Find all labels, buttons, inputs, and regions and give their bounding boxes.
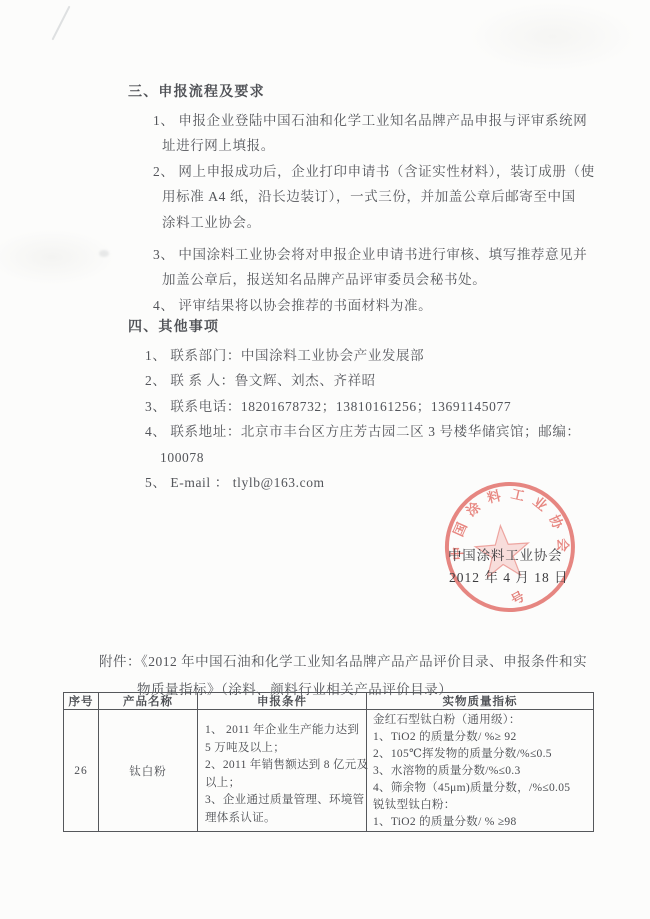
condition-line: 5 万吨及以上； [205, 740, 364, 758]
section-3-line: 4、 评审结果将以协会推荐的书面材料为准。 [153, 293, 595, 318]
section-3-line: 3、 中国涂料工业协会将对申报企业申请书进行审核、填写推荐意见并 [153, 242, 595, 267]
stamp-date: 2012 年 4 月 18 日 [449, 566, 569, 586]
cell-indicators: 金红石型钛白粉（通用级）： 1、TiO2 的质量分数/ %≥ 92 2、105℃… [367, 710, 594, 832]
section-3-line: 用标准 A4 纸，沿长边装订），一式三份，并加盖公章后邮寄至中国 [153, 184, 595, 209]
condition-line: 3、企业通过质量管理、环境管 [205, 792, 364, 810]
attachment-line: 附件：《2012 年中国石油和化学工业知名品牌产品产品评价目录、申报条件和实 [99, 648, 587, 676]
section-3-line: 2、 网上申报成功后，企业打印申请书（含证实性材料），装订成册（使 [153, 159, 595, 184]
condition-line: 理体系认证。 [205, 810, 364, 828]
scan-artifact-smudge [99, 250, 109, 257]
indicator-line: 1、TiO2 的质量分数/ % ≥98 [373, 814, 591, 831]
contact-phone-line: 3、 联系电话：18201678732；13810161256；13691145… [145, 394, 581, 419]
contact-address-line: 4、 联系地址：北京市丰台区方庄芳古园二区 3 号楼华储宾馆；邮编： [145, 419, 581, 444]
indicator-lines: 金红石型钛白粉（通用级）： 1、TiO2 的质量分数/ %≥ 92 2、105℃… [367, 710, 593, 831]
section-3-line: 1、 申报企业登陆中国石油和化学工业知名品牌产品申报与评审系统网 [153, 108, 595, 133]
condition-line: 1、 2011 年企业生产能力达到 [205, 722, 364, 740]
section-4-items: 1、 联系部门：中国涂料工业协会产业发展部 2、 联 系 人：鲁文辉、刘杰、齐祥… [145, 343, 581, 495]
table-row: 26 钛白粉 1、 2011 年企业生产能力达到 5 万吨及以上； 2、2011… [64, 710, 594, 832]
indicator-line: 4、筛余物（45μm)质量分数，/%≤0.05 [373, 780, 591, 797]
contact-person-line: 2、 联 系 人：鲁文辉、刘杰、齐祥昭 [145, 368, 581, 393]
header-product-name: 产品名称 [99, 693, 198, 710]
section-3-line: 加盖公章后，报送知名品牌产品评审委员会秘书处。 [153, 267, 595, 292]
section-3-heading: 三、申报流程及要求 [128, 81, 265, 101]
contact-department-line: 1、 联系部门：中国涂料工业协会产业发展部 [145, 343, 581, 368]
products-table: 序号 产品名称 申报条件 实物质量指标 26 钛白粉 1、 2011 年企业生产… [63, 692, 594, 832]
cell-index: 26 [64, 710, 99, 832]
condition-lines: 1、 2011 年企业生产能力达到 5 万吨及以上； 2、2011 年销售额达到… [198, 710, 366, 828]
scan-artifact-line [51, 6, 70, 41]
header-indicators: 实物质量指标 [367, 693, 594, 710]
section-4-heading: 四、其他事项 [128, 316, 219, 336]
scanned-document-page: 三、申报流程及要求 1、 申报企业登陆中国石油和化学工业知名品牌产品申报与评审系… [0, 0, 650, 919]
header-index: 序号 [64, 693, 99, 710]
indicator-line: 1、TiO2 的质量分数/ %≥ 92 [373, 729, 591, 746]
indicator-line: 2、105℃挥发物的质量分数/%≤0.5 [373, 746, 591, 763]
header-conditions: 申报条件 [198, 693, 367, 710]
section-3-line: 址进行网上填报。 [153, 133, 595, 158]
section-3-items: 1、 申报企业登陆中国石油和化学工业知名品牌产品申报与评审系统网 址进行网上填报… [153, 108, 595, 318]
seal-serial-char: 号 [508, 588, 527, 607]
indicator-line: 锐钛型钛白粉： [373, 797, 591, 814]
indicator-line: 3、水溶物的质量分数/%≤0.3 [373, 763, 591, 780]
section-3-line: 涂料工业协会。 [153, 210, 595, 235]
condition-line: 2、2011 年销售额达到 8 亿元及 [205, 757, 364, 775]
cell-product-name: 钛白粉 [99, 710, 198, 832]
postal-code-line: 100078 [145, 445, 581, 470]
cell-conditions: 1、 2011 年企业生产能力达到 5 万吨及以上； 2、2011 年销售额达到… [198, 710, 367, 832]
condition-line: 以上； [205, 775, 364, 793]
stamp-org-name: 中国涂料工业协会 [448, 544, 562, 564]
indicator-line: 金红石型钛白粉（通用级）： [373, 712, 591, 729]
table-header-row: 序号 产品名称 申报条件 实物质量指标 [64, 693, 594, 710]
